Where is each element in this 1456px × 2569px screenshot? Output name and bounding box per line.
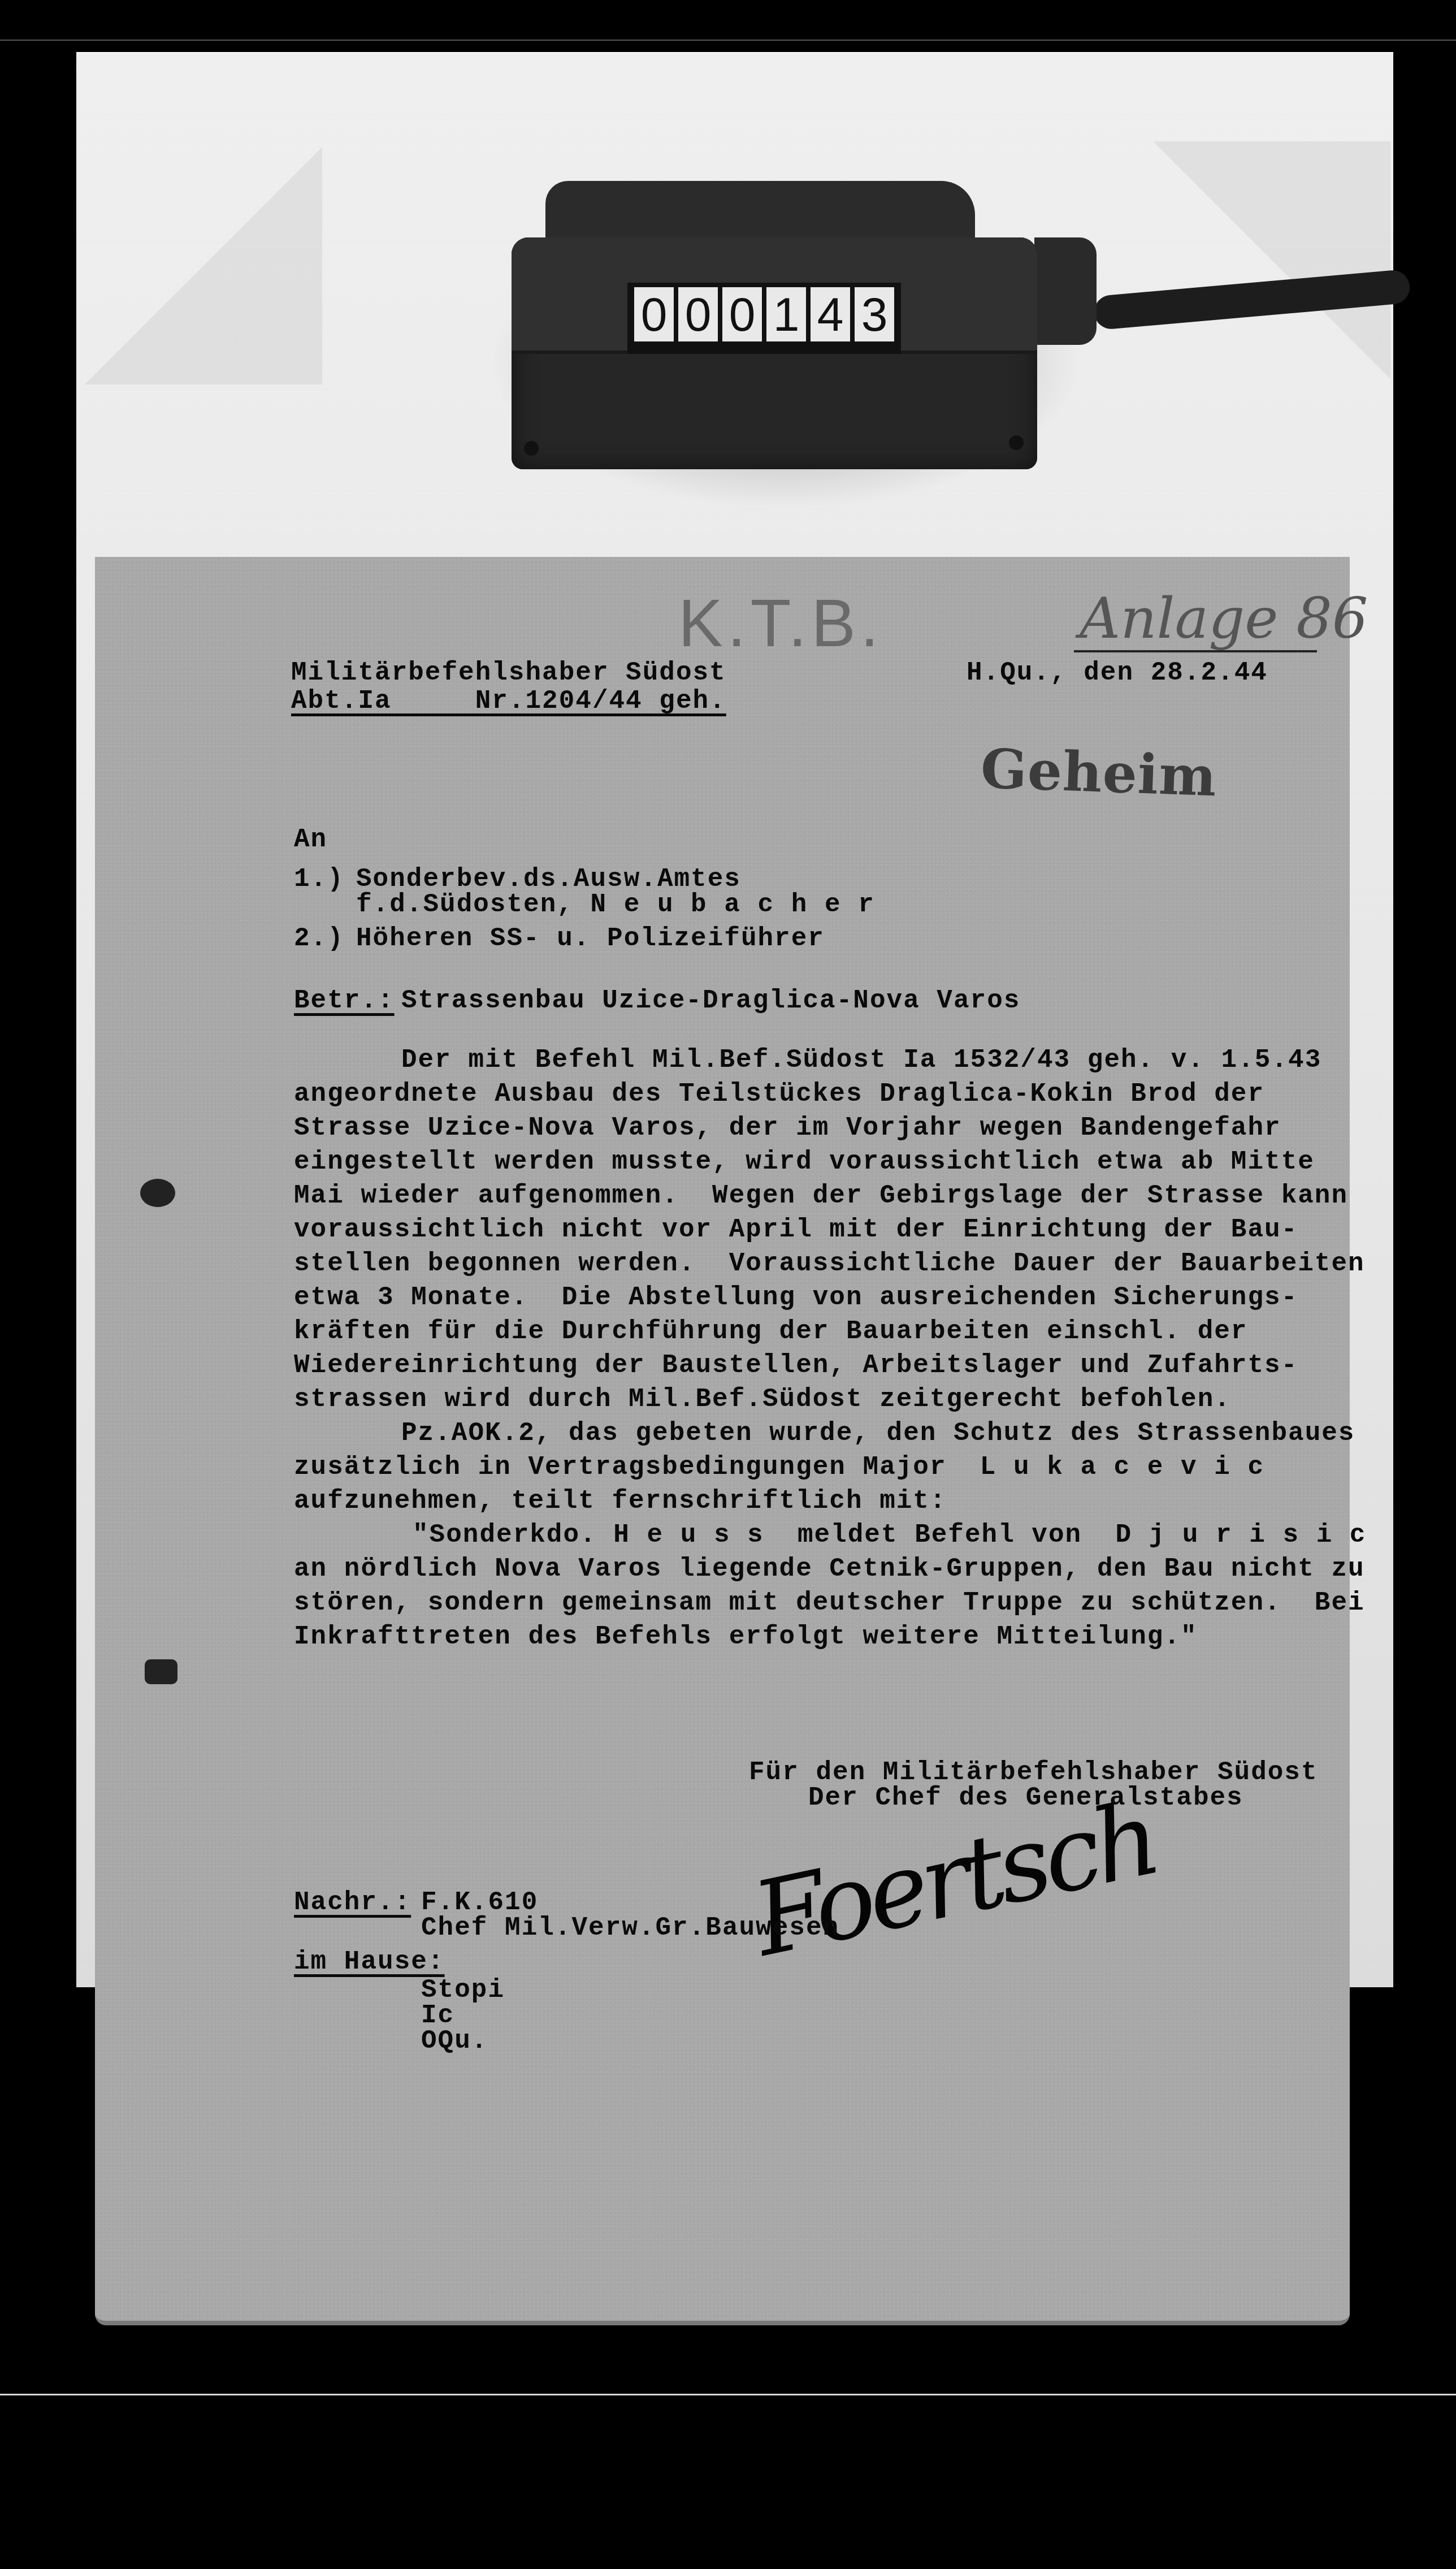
photo-corner-right — [1153, 141, 1390, 379]
handwritten-ktb-note: K.T.B. — [678, 585, 883, 662]
punch-hole — [145, 1659, 177, 1684]
body-line: strassen wird durch Mil.Bef.Südost zeitg… — [294, 1382, 1311, 1416]
body-line: Der mit Befehl Mil.Bef.Südost Ia 1532/43… — [294, 1043, 1311, 1077]
counter-body: 0 0 0 1 4 3 — [512, 237, 1037, 469]
counter-digit: 0 — [722, 287, 762, 341]
recipient-2-number: 2.) — [294, 922, 344, 955]
punch-hole — [140, 1179, 175, 1207]
anlage-underline — [1074, 650, 1317, 652]
recipient-1-number: 1.) — [294, 862, 344, 896]
body-line: eingestellt werden musste, wird voraussi… — [294, 1145, 1311, 1179]
subject-label: Betr.: — [294, 984, 395, 1018]
counter-digit: 0 — [678, 287, 718, 341]
frame-counter-device: 0 0 0 1 4 3 — [512, 170, 1048, 475]
body-line: Pz.AOK.2, das gebeten wurde, den Schutz … — [294, 1416, 1311, 1450]
haus-item: OQu. — [421, 2024, 488, 2058]
quote-line: stören, sondern gemeinsam mit deutscher … — [294, 1586, 1311, 1620]
quote-line: Inkrafttreten des Befehls erfolgt weiter… — [294, 1620, 1311, 1654]
subject-text: Strassenbau Uzice-Draglica-Nova Varos — [401, 984, 1020, 1018]
recipients-label: An — [294, 823, 327, 857]
counter-digits: 0 0 0 1 4 3 — [627, 283, 901, 354]
quote-line: "Sonderkdo. H e u s s meldet Befehl von … — [294, 1518, 1311, 1552]
counter-digit: 0 — [634, 287, 674, 341]
secret-stamp: Geheim — [980, 737, 1218, 809]
body-line: zusätzlich in Vertragsbedingungen Major … — [294, 1450, 1311, 1484]
film-frame-bottom-edge — [0, 2394, 1456, 2395]
recipient-1-line-2: f.d.Südosten, N e u b a c h e r — [356, 888, 875, 922]
counter-digit: 3 — [855, 287, 894, 341]
counter-digit: 4 — [811, 287, 850, 341]
body-line: Wiedereinrichtung der Baustellen, Arbeit… — [294, 1348, 1311, 1382]
film-frame-top-edge — [0, 40, 1456, 41]
counter-knob — [1034, 237, 1097, 345]
photo-corner-left — [85, 147, 322, 384]
body-line: voraussichtlich nicht vor April mit der … — [294, 1213, 1311, 1247]
body-line: Strasse Uzice-Nova Varos, der im Vorjahr… — [294, 1111, 1311, 1145]
letter-body: Der mit Befehl Mil.Bef.Südost Ia 1532/43… — [294, 1043, 1311, 1654]
quote-line: an nördlich Nova Varos liegende Cetnik-G… — [294, 1552, 1311, 1586]
counter-digit: 1 — [766, 287, 806, 341]
recipient-2-line-1: Höheren SS- u. Polizeiführer — [356, 922, 825, 955]
body-line: Mai wieder aufgenommen. Wegen der Gebirg… — [294, 1179, 1311, 1213]
screw-icon — [1009, 435, 1024, 450]
body-line: kräften für die Durchführung der Bauarbe… — [294, 1314, 1311, 1348]
body-line: aufzunehmen, teilt fernschriftlich mit: — [294, 1484, 1311, 1518]
nachr-label: Nachr.: — [294, 1885, 411, 1919]
body-line: angeordnete Ausbau des Teilstückes Dragl… — [294, 1077, 1311, 1111]
body-line: etwa 3 Monate. Die Abstellung von ausrei… — [294, 1281, 1311, 1314]
screw-icon — [524, 441, 539, 456]
sender-line-2: Abt.Ia Nr.1204/44 geh. — [291, 684, 726, 718]
place-date: H.Qu., den 28.2.44 — [967, 656, 1268, 690]
nachr-item: Chef Mil.Verw.Gr.Bauwesen — [421, 1911, 839, 1945]
body-line: stellen begonnen werden. Voraussichtlich… — [294, 1247, 1311, 1281]
handwritten-anlage-note: Anlage 86 — [1080, 585, 1368, 651]
